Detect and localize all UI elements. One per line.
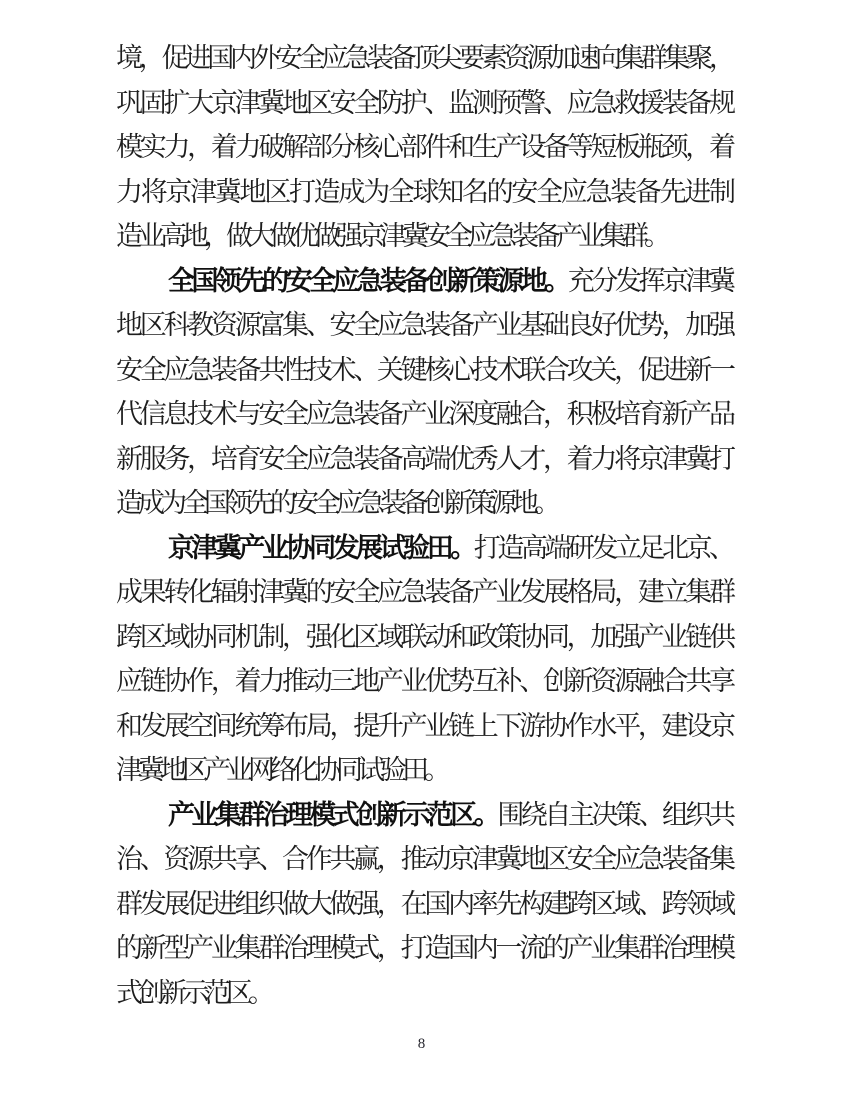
paragraph-lead-bold: 京津冀产业协同发展试验田。 — [168, 533, 474, 563]
text-line: 产业集群治理模式创新示范区。围绕自主决策、组织共 — [116, 793, 731, 838]
text-line: 安全应急装备共性技术、关键核心技术联合攻关，促进新一 — [116, 348, 731, 393]
text-line: 模实力，着力破解部分核心部件和生产设备等短板瓶颈，着 — [116, 125, 731, 170]
text-line: 新服务，培育安全应急装备高端优秀人才，着力将京津冀打 — [116, 437, 731, 482]
paragraph-first-line-rest: 围绕自主决策、组织共 — [497, 800, 731, 830]
text-line: 巩固扩大京津冀地区安全防护、监测预警、应急救援装备规 — [116, 81, 731, 126]
page-number: 8 — [0, 1034, 843, 1054]
text-line: 地区科教资源富集、安全应急装备产业基础良好优势，加强 — [116, 303, 731, 348]
document-body: 境，促进国内外安全应急装备顶尖要素资源加速向集群集聚， 巩固扩大京津冀地区安全防… — [116, 36, 731, 1015]
text-line: 京津冀产业协同发展试验田。打造高端研发立足北京、 — [116, 526, 731, 571]
text-line: 成果转化辐射津冀的安全应急装备产业发展格局，建立集群 — [116, 570, 731, 615]
text-line: 境，促进国内外安全应急装备顶尖要素资源加速向集群集聚， — [116, 36, 731, 81]
text-line: 力将京津冀地区打造成为全球知名的安全应急装备先进制 — [116, 170, 731, 215]
text-line: 造业高地，做大做优做强京津冀安全应急装备产业集群。 — [116, 214, 731, 259]
text-line: 代信息技术与安全应急装备产业深度融合，积极培育新产品 — [116, 392, 731, 437]
text-line: 式创新示范区。 — [116, 971, 731, 1016]
paragraph-3: 京津冀产业协同发展试验田。打造高端研发立足北京、 成果转化辐射津冀的安全应急装备… — [116, 526, 731, 793]
text-line: 治、资源共享、合作共赢，推动京津冀地区安全应急装备集 — [116, 837, 731, 882]
text-line: 跨区域协同机制，强化区域联动和政策协同，加强产业链供 — [116, 615, 731, 660]
paragraph-lead-bold: 全国领先的安全应急装备创新策源地。 — [168, 266, 568, 296]
text-line: 造成为全国领先的安全应急装备创新策源地。 — [116, 481, 731, 526]
paragraph-2: 全国领先的安全应急装备创新策源地。充分发挥京津冀 地区科教资源富集、安全应急装备… — [116, 259, 731, 526]
text-line: 和发展空间统筹布局，提升产业链上下游协作水平，建设京 — [116, 704, 731, 749]
paragraph-first-line-rest: 充分发挥京津冀 — [568, 266, 731, 296]
text-line: 津冀地区产业网络化协同试验田。 — [116, 748, 731, 793]
text-line: 应链协作，着力推动三地产业优势互补、创新资源融合共享 — [116, 659, 731, 704]
paragraph-1: 境，促进国内外安全应急装备顶尖要素资源加速向集群集聚， 巩固扩大京津冀地区安全防… — [116, 36, 731, 259]
paragraph-lead-bold: 产业集群治理模式创新示范区。 — [168, 800, 497, 830]
text-line: 的新型产业集群治理模式，打造国内一流的产业集群治理模 — [116, 926, 731, 971]
document-page: 境，促进国内外安全应急装备顶尖要素资源加速向集群集聚， 巩固扩大京津冀地区安全防… — [0, 0, 843, 1099]
paragraph-4: 产业集群治理模式创新示范区。围绕自主决策、组织共 治、资源共享、合作共赢，推动京… — [116, 793, 731, 1016]
paragraph-first-line-rest: 打造高端研发立足北京、 — [474, 533, 731, 563]
text-line: 群发展促进组织做大做强，在国内率先构建跨区域、跨领域 — [116, 882, 731, 927]
text-line: 全国领先的安全应急装备创新策源地。充分发挥京津冀 — [116, 259, 731, 304]
